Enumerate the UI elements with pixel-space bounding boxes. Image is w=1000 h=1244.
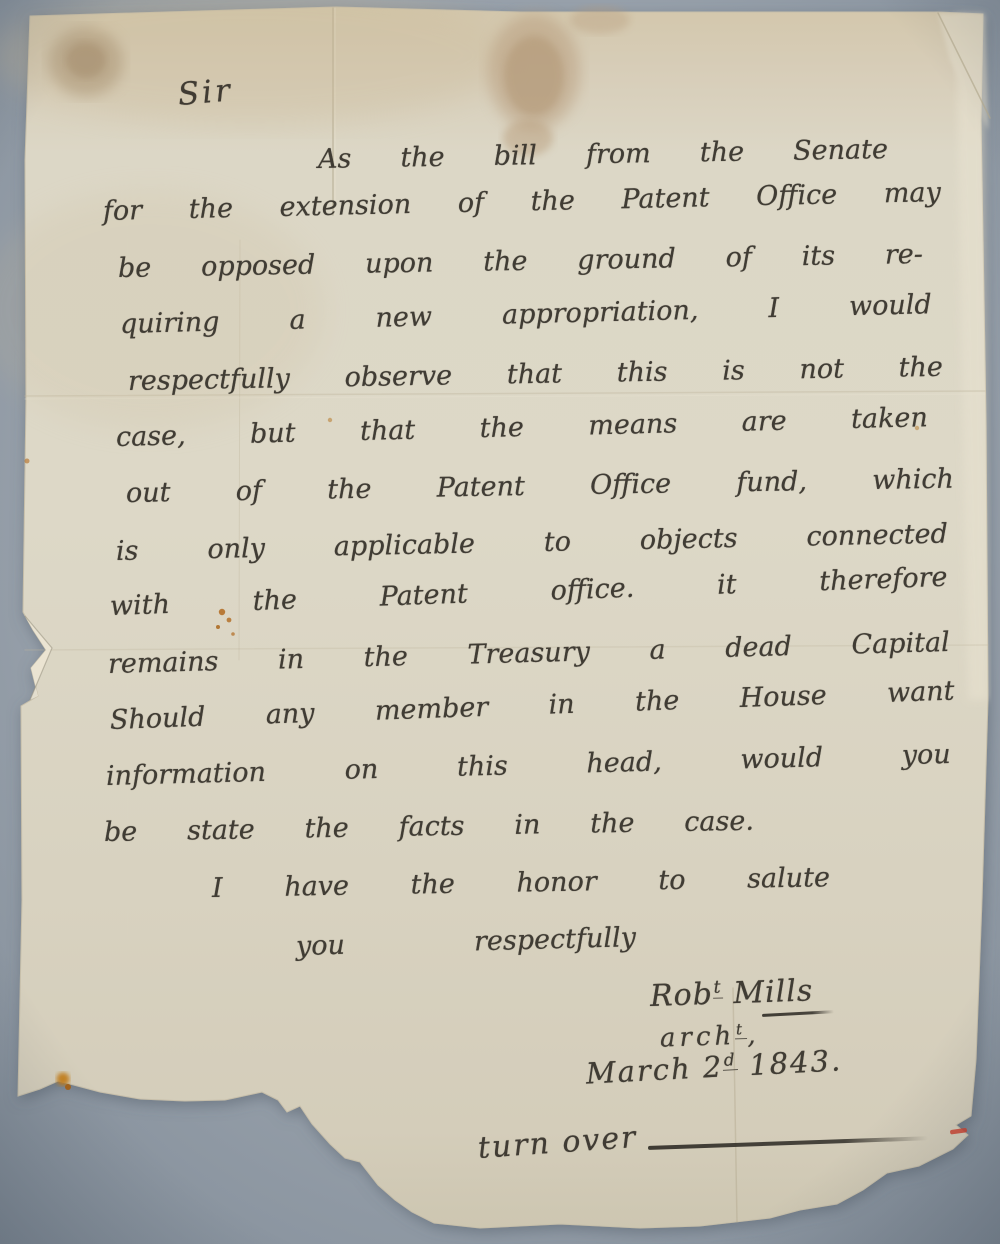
signature-name: Robt Mills [649, 974, 813, 1013]
closing-line: you respectfully [296, 923, 637, 962]
letter-line: be state the facts in the case. [104, 807, 754, 848]
closing-line: I have the honor to salute [212, 863, 830, 903]
signature-date-superscript: d [722, 1049, 738, 1071]
signature-name-post: Mills [722, 973, 814, 1011]
letter-line: information on this head, would you [106, 740, 951, 792]
letter-line: is only applicable to objects connected [116, 520, 948, 567]
turn-over-dash-flourish [648, 1136, 928, 1149]
letter-line: quiring a new appropriation, I would [120, 290, 932, 340]
signature-date: March 2d 1843. [585, 1045, 843, 1091]
letter-line: out of the Patent Office fund, which [126, 465, 954, 509]
letter-line: case, but that the means are taken [116, 403, 928, 453]
letter-line: Should any member in the House want [109, 677, 955, 736]
letter-line: respectfully observe that this is not th… [128, 353, 943, 397]
signature-underline-flourish [762, 1010, 834, 1016]
signature-date-pre: March 2 [585, 1049, 724, 1090]
letter-line: remains in the Treasury a dead Capital [108, 628, 950, 680]
signature-date-post: 1843. [737, 1043, 843, 1082]
letter-photograph: Sir As the bill from the Senate for the … [0, 0, 1000, 1244]
signature-title-post: , [747, 1020, 760, 1050]
handwriting-layer: Sir As the bill from the Senate for the … [0, 0, 1000, 1244]
letter-line: be opposed upon the ground of its re- [118, 240, 923, 284]
signature-title-superscript: t [735, 1020, 748, 1039]
turn-over-note: turn over [477, 1121, 639, 1165]
letter-line: with the Patent office. it therefore [109, 563, 948, 622]
salutation: Sir [177, 73, 235, 112]
letter-line: for the extension of the Patent Office m… [103, 178, 941, 227]
signature-name-pre: Rob [649, 977, 713, 1014]
letter-line: As the bill from the Senate [318, 135, 888, 175]
